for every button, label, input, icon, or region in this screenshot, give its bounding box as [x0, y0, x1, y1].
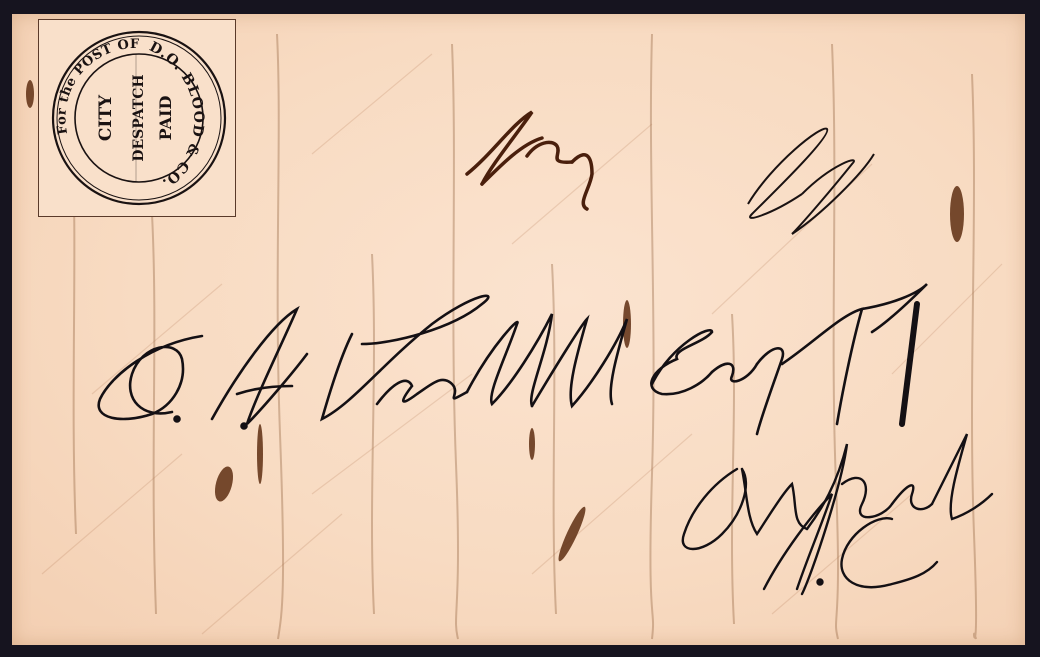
- address-state: [764, 494, 937, 589]
- stamp-center-line-2: DESPATCH: [131, 74, 147, 161]
- local-post-stamp: For the POST OFFICE D.O. BLOOD & CO. CIT…: [38, 19, 236, 217]
- stamp-center-line-1: CITY: [96, 94, 116, 141]
- docket-mark: [467, 112, 592, 209]
- stamp-center-line-3: PAID: [156, 96, 175, 141]
- postal-cover: For the POST OFFICE D.O. BLOOD & CO. CIT…: [12, 14, 1025, 645]
- address-handwriting: [99, 284, 927, 434]
